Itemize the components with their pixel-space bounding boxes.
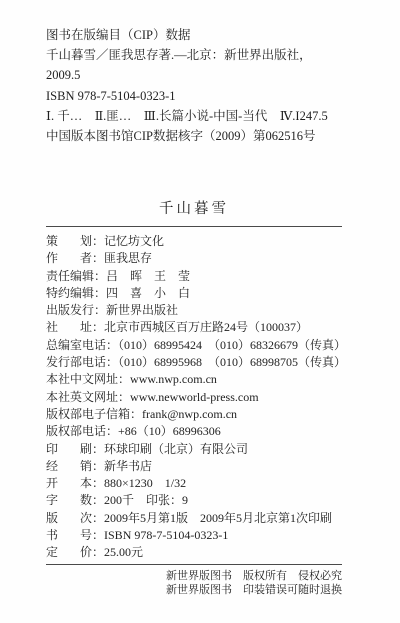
info-row-separator: ： — [106, 355, 118, 369]
info-row-label: 作者 — [46, 250, 92, 267]
info-row-value: ISBN 978-7-5104-0323-1 — [104, 528, 228, 542]
info-row-value: 环球印刷（北京）有限公司 — [104, 442, 248, 456]
info-row-label: 字数 — [46, 492, 92, 509]
info-row-separator: ： — [92, 528, 104, 542]
info-row-label: 本社中文网址 — [46, 371, 118, 388]
cip-heading: 图书在版编目（CIP）数据 — [46, 25, 362, 45]
info-row-value: 吕 晖 王 莹 — [106, 269, 190, 283]
info-row-separator: ： — [92, 442, 104, 456]
info-row-separator: ： — [92, 459, 104, 473]
info-row-label: 版权部电话 — [46, 423, 106, 440]
row-isbn: 书号：ISBN 978-7-5104-0323-1 — [46, 527, 358, 544]
info-row-label: 印刷 — [46, 441, 92, 458]
row-distribution-phone: 发行部电话：（010）68995968 （010）68998705（传真） — [46, 354, 358, 371]
info-row-label: 特约编辑 — [46, 285, 94, 302]
row-contributing-editor: 特约编辑：四 喜 小 白 — [46, 285, 358, 302]
info-row-label: 书号 — [46, 527, 92, 544]
info-row-label: 总编室电话 — [46, 337, 106, 354]
title-divider — [46, 226, 342, 227]
info-row-value: 北京市西城区百万庄路24号（100037） — [104, 320, 308, 334]
row-publisher: 出版发行：新世界出版社 — [46, 302, 358, 319]
cip-classification-line: Ⅰ. 千… Ⅱ.匪… Ⅲ.长篇小说-中国-当代 Ⅳ.I247.5 — [46, 106, 362, 126]
info-row-label: 版次 — [46, 510, 92, 527]
publication-info-list: 策划：记忆坊文化 作者：匪我思存 责任编辑：吕 晖 王 莹 特约编辑：四 喜 小… — [46, 233, 358, 562]
info-row-value: 200千 印张：9 — [104, 493, 188, 507]
footer-divider — [46, 564, 342, 565]
info-row-value: 新世界出版社 — [106, 303, 178, 317]
cip-isbn-line: ISBN 978-7-5104-0323-1 — [46, 86, 362, 106]
colophon-page: 图书在版编目（CIP）数据 千山暮雪／匪我思存著.—北京：新世界出版社， 200… — [0, 0, 400, 623]
info-row-separator: ： — [92, 251, 104, 265]
info-row-label: 经销 — [46, 458, 92, 475]
info-row-separator: ： — [94, 286, 106, 300]
info-row-value: （010）68995424 （010）68326679（传真） — [118, 338, 346, 352]
row-author: 作者：匪我思存 — [46, 250, 358, 267]
info-row-value: 记忆坊文化 — [104, 234, 164, 248]
info-row-separator: ： — [92, 493, 104, 507]
info-row-separator: ： — [92, 476, 104, 490]
info-row-separator: ： — [92, 320, 104, 334]
info-row-separator: ： — [118, 372, 130, 386]
info-row-value: frank@nwp.com.cn — [142, 407, 237, 421]
info-row-label: 策划 — [46, 233, 92, 250]
row-planning: 策划：记忆坊文化 — [46, 233, 358, 250]
info-row-separator: ： — [130, 407, 142, 421]
row-word-count: 字数：200千 印张：9 — [46, 492, 358, 509]
info-row-separator: ： — [92, 511, 104, 525]
info-row-value: 四 喜 小 白 — [106, 286, 190, 300]
copyright-notice: 新世界版图书 版权所有 侵权必究 — [46, 570, 342, 584]
info-row-value: （010）68995968 （010）68998705（传真） — [118, 355, 346, 369]
info-row-value: www.nwp.com.cn — [130, 372, 217, 386]
footer-notices: 新世界版图书 版权所有 侵权必究 新世界版图书 印装错误可随时退换 — [46, 570, 342, 597]
cip-year-line: 2009.5 — [46, 65, 362, 85]
cip-title-line: 千山暮雪／匪我思存著.—北京：新世界出版社， — [46, 45, 362, 65]
row-edition: 版次：2009年5月第1版 2009年5月北京第1次印刷 — [46, 510, 358, 527]
info-row-label: 开本 — [46, 475, 92, 492]
row-distributor: 经销：新华书店 — [46, 458, 358, 475]
row-address: 社址：北京市西城区百万庄路24号（100037） — [46, 319, 358, 336]
info-row-separator: ： — [118, 390, 130, 404]
book-title: 千山暮雪 — [46, 197, 342, 218]
info-row-value: 25.00元 — [104, 545, 143, 559]
info-row-value: 匪我思存 — [104, 251, 152, 265]
row-price: 定价：25.00元 — [46, 544, 358, 561]
info-row-value: 2009年5月第1版 2009年5月北京第1次印刷 — [104, 511, 332, 525]
info-row-value: 880×1230 1/32 — [104, 476, 186, 490]
info-row-separator: ： — [106, 338, 118, 352]
info-row-label: 版权部电子信箱 — [46, 406, 130, 423]
cip-section: 图书在版编目（CIP）数据 千山暮雪／匪我思存著.—北京：新世界出版社， 200… — [46, 25, 362, 146]
info-row-label: 定价 — [46, 544, 92, 561]
info-row-label: 本社英文网址 — [46, 389, 118, 406]
row-editorial-office-phone: 总编室电话：（010）68995424 （010）68326679（传真） — [46, 337, 358, 354]
info-row-value: www.newworld-press.com — [130, 390, 259, 404]
row-managing-editor: 责任编辑：吕 晖 王 莹 — [46, 268, 358, 285]
row-printer: 印刷：环球印刷（北京）有限公司 — [46, 441, 358, 458]
return-policy-notice: 新世界版图书 印装错误可随时退换 — [46, 584, 342, 598]
info-row-label: 社址 — [46, 319, 92, 336]
info-row-value: +86（10）68996306 — [118, 424, 221, 438]
info-row-label: 出版发行 — [46, 302, 94, 319]
info-row-separator: ： — [94, 303, 106, 317]
info-row-separator: ： — [92, 234, 104, 248]
cip-record-number-line: 中国版本图书馆CIP数据核字（2009）第062516号 — [46, 126, 362, 146]
info-row-separator: ： — [92, 545, 104, 559]
info-row-value: 新华书店 — [104, 459, 152, 473]
row-copyright-phone: 版权部电话：+86（10）68996306 — [46, 423, 358, 440]
info-row-separator: ： — [94, 269, 106, 283]
info-row-label: 发行部电话 — [46, 354, 106, 371]
row-chinese-website: 本社中文网址：www.nwp.com.cn — [46, 371, 358, 388]
row-english-website: 本社英文网址：www.newworld-press.com — [46, 389, 358, 406]
row-copyright-email: 版权部电子信箱：frank@nwp.com.cn — [46, 406, 358, 423]
info-row-separator: ： — [106, 424, 118, 438]
info-row-label: 责任编辑 — [46, 268, 94, 285]
row-format: 开本：880×1230 1/32 — [46, 475, 358, 492]
